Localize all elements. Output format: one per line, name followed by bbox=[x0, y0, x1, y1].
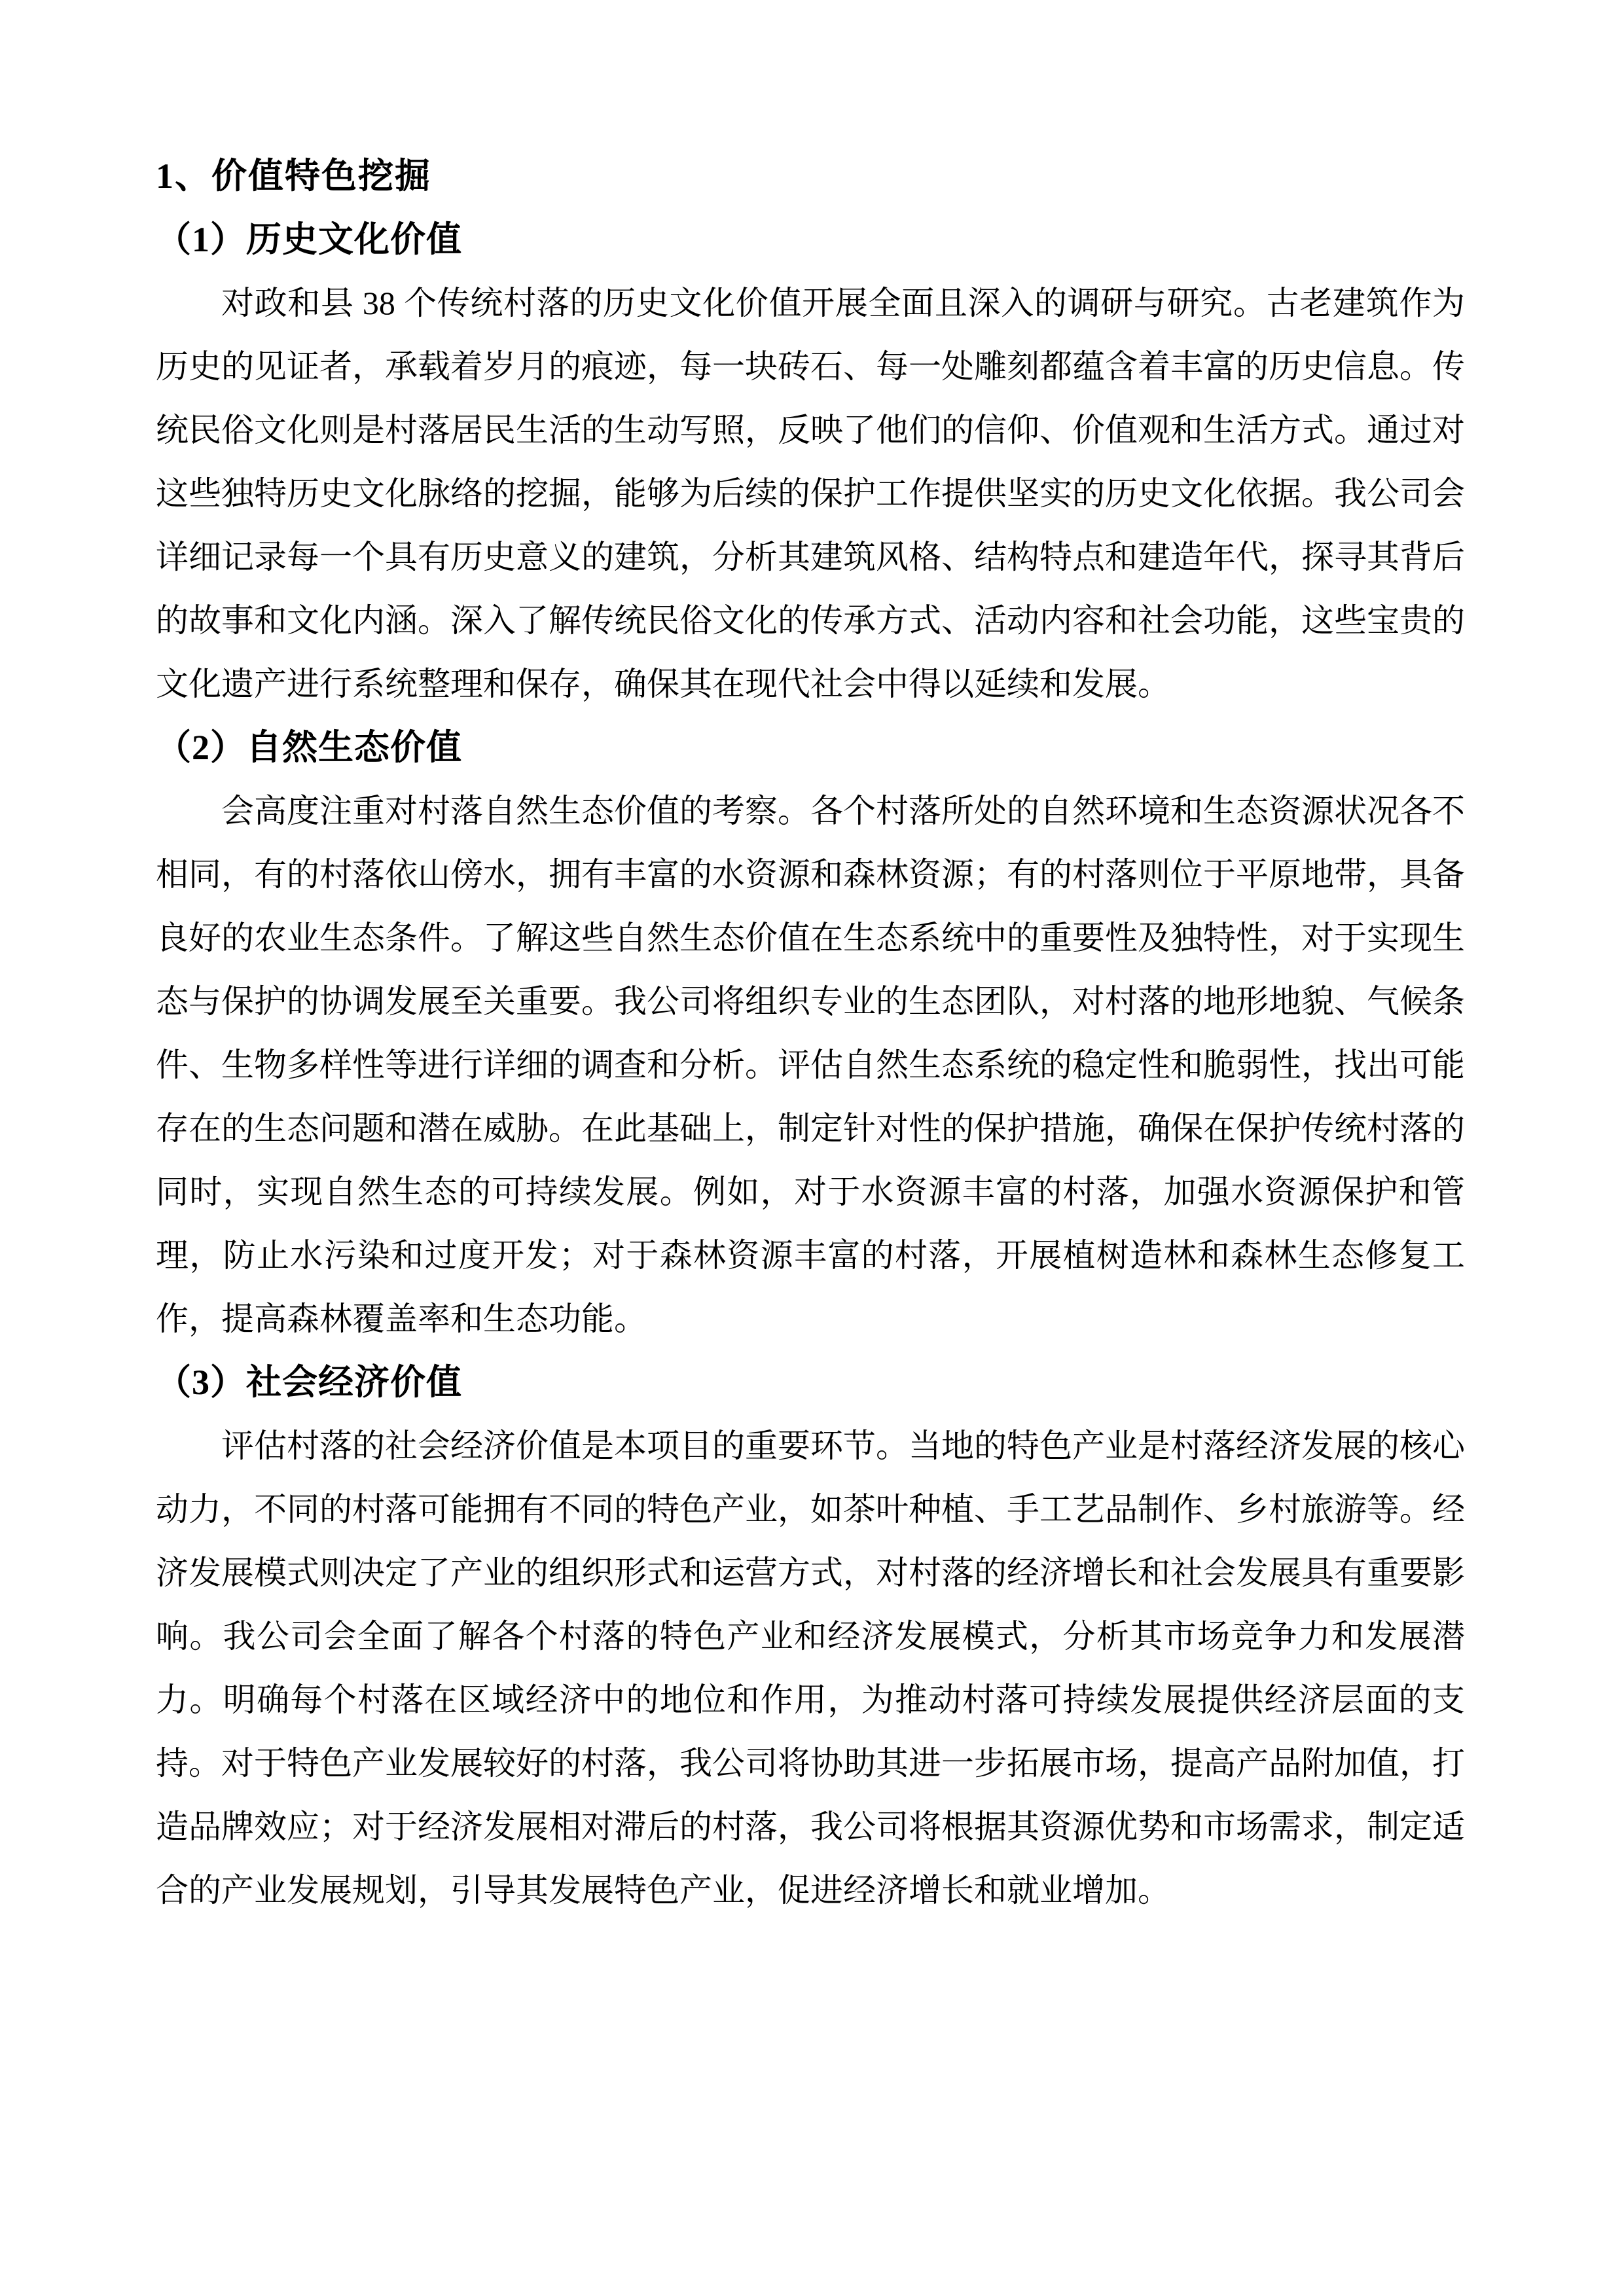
section-3-heading: （3）社会经济价值 bbox=[156, 1351, 1465, 1414]
section-2-paragraph-line: 同时，实现自然生态的可持续发展。例如，对于水资源丰富的村落，加强水资源保护和管 bbox=[156, 1160, 1465, 1224]
section-3-paragraph-line: 济发展模式则决定了产业的组织形式和运营方式，对村落的经济增长和社会发展具有重要影 bbox=[156, 1541, 1465, 1605]
section-1-paragraph-line: 这些独特历史文化脉络的挖掘，能够为后续的保护工作提供坚实的历史文化依据。我公司会 bbox=[156, 462, 1465, 526]
section-1-heading: （1）历史文化价值 bbox=[156, 208, 1465, 272]
section-1-paragraph-line: 详细记录每一个具有历史意义的建筑，分析其建筑风格、结构特点和建造年代，探寻其背后 bbox=[156, 526, 1465, 589]
section-2-heading: （2）自然生态价值 bbox=[156, 716, 1465, 780]
section-2-paragraph-line: 态与保护的协调发展至关重要。我公司将组织专业的生态团队，对村落的地形地貌、气候条 bbox=[156, 970, 1465, 1033]
section-3-paragraph-line: 动力，不同的村落可能拥有不同的特色产业，如茶叶种植、手工艺品制作、乡村旅游等。经 bbox=[156, 1478, 1465, 1541]
section-1-paragraph-line: 对政和县 38 个传统村落的历史文化价值开展全面且深入的调研与研究。古老建筑作为 bbox=[156, 272, 1465, 335]
section-2-paragraph-line: 会高度注重对村落自然生态价值的考察。各个村落所处的自然环境和生态资源状况各不 bbox=[156, 780, 1465, 843]
section-2-paragraph-line: 理，防止水污染和过度开发；对于森林资源丰富的村落，开展植树造林和森林生态修复工 bbox=[156, 1224, 1465, 1287]
document-content: 1、价值特色挖掘 （1）历史文化价值 对政和县 38 个传统村落的历史文化价值开… bbox=[156, 145, 1465, 1922]
section-2-paragraph-line: 良好的农业生态条件。了解这些自然生态价值在生态系统中的重要性及独特性，对于实现生 bbox=[156, 906, 1465, 970]
section-1-paragraph-line: 统民俗文化则是村落居民生活的生动写照，反映了他们的信仰、价值观和生活方式。通过对 bbox=[156, 399, 1465, 462]
section-1-paragraph-line: 文化遗产进行系统整理和保存，确保其在现代社会中得以延续和发展。 bbox=[156, 653, 1465, 716]
section-3-paragraph-line: 响。我公司会全面了解各个村落的特色产业和经济发展模式，分析其市场竞争力和发展潜 bbox=[156, 1605, 1465, 1668]
section-3-paragraph-line: 评估村落的社会经济价值是本项目的重要环节。当地的特色产业是村落经济发展的核心 bbox=[156, 1414, 1465, 1478]
section-2-paragraph-line: 作，提高森林覆盖率和生态功能。 bbox=[156, 1287, 1465, 1351]
section-2-paragraph-line: 相同，有的村落依山傍水，拥有丰富的水资源和森林资源；有的村落则位于平原地带，具备 bbox=[156, 843, 1465, 906]
section-2-paragraph-line: 存在的生态问题和潜在威胁。在此基础上，制定针对性的保护措施，确保在保护传统村落的 bbox=[156, 1097, 1465, 1160]
section-3-paragraph-line: 造品牌效应；对于经济发展相对滞后的村落，我公司将根据其资源优势和市场需求，制定适 bbox=[156, 1795, 1465, 1859]
section-3-paragraph-line: 力。明确每个村落在区域经济中的地位和作用，为推动村落可持续发展提供经济层面的支 bbox=[156, 1668, 1465, 1732]
section-2-paragraph-line: 件、生物多样性等进行详细的调查和分析。评估自然生态系统的稳定性和脆弱性，找出可能 bbox=[156, 1033, 1465, 1097]
document-page: 1、价值特色挖掘 （1）历史文化价值 对政和县 38 个传统村落的历史文化价值开… bbox=[0, 0, 1624, 2296]
section-3-paragraph-line: 持。对于特色产业发展较好的村落，我公司将协助其进一步拓展市场，提高产品附加值，打 bbox=[156, 1732, 1465, 1795]
page-title: 1、价值特色挖掘 bbox=[156, 145, 1465, 208]
section-3-paragraph-line: 合的产业发展规划，引导其发展特色产业，促进经济增长和就业增加。 bbox=[156, 1859, 1465, 1922]
section-1-paragraph-line: 的故事和文化内涵。深入了解传统民俗文化的传承方式、活动内容和社会功能，这些宝贵的 bbox=[156, 589, 1465, 653]
section-1-paragraph-line: 历史的见证者，承载着岁月的痕迹，每一块砖石、每一处雕刻都蕴含着丰富的历史信息。传 bbox=[156, 335, 1465, 399]
